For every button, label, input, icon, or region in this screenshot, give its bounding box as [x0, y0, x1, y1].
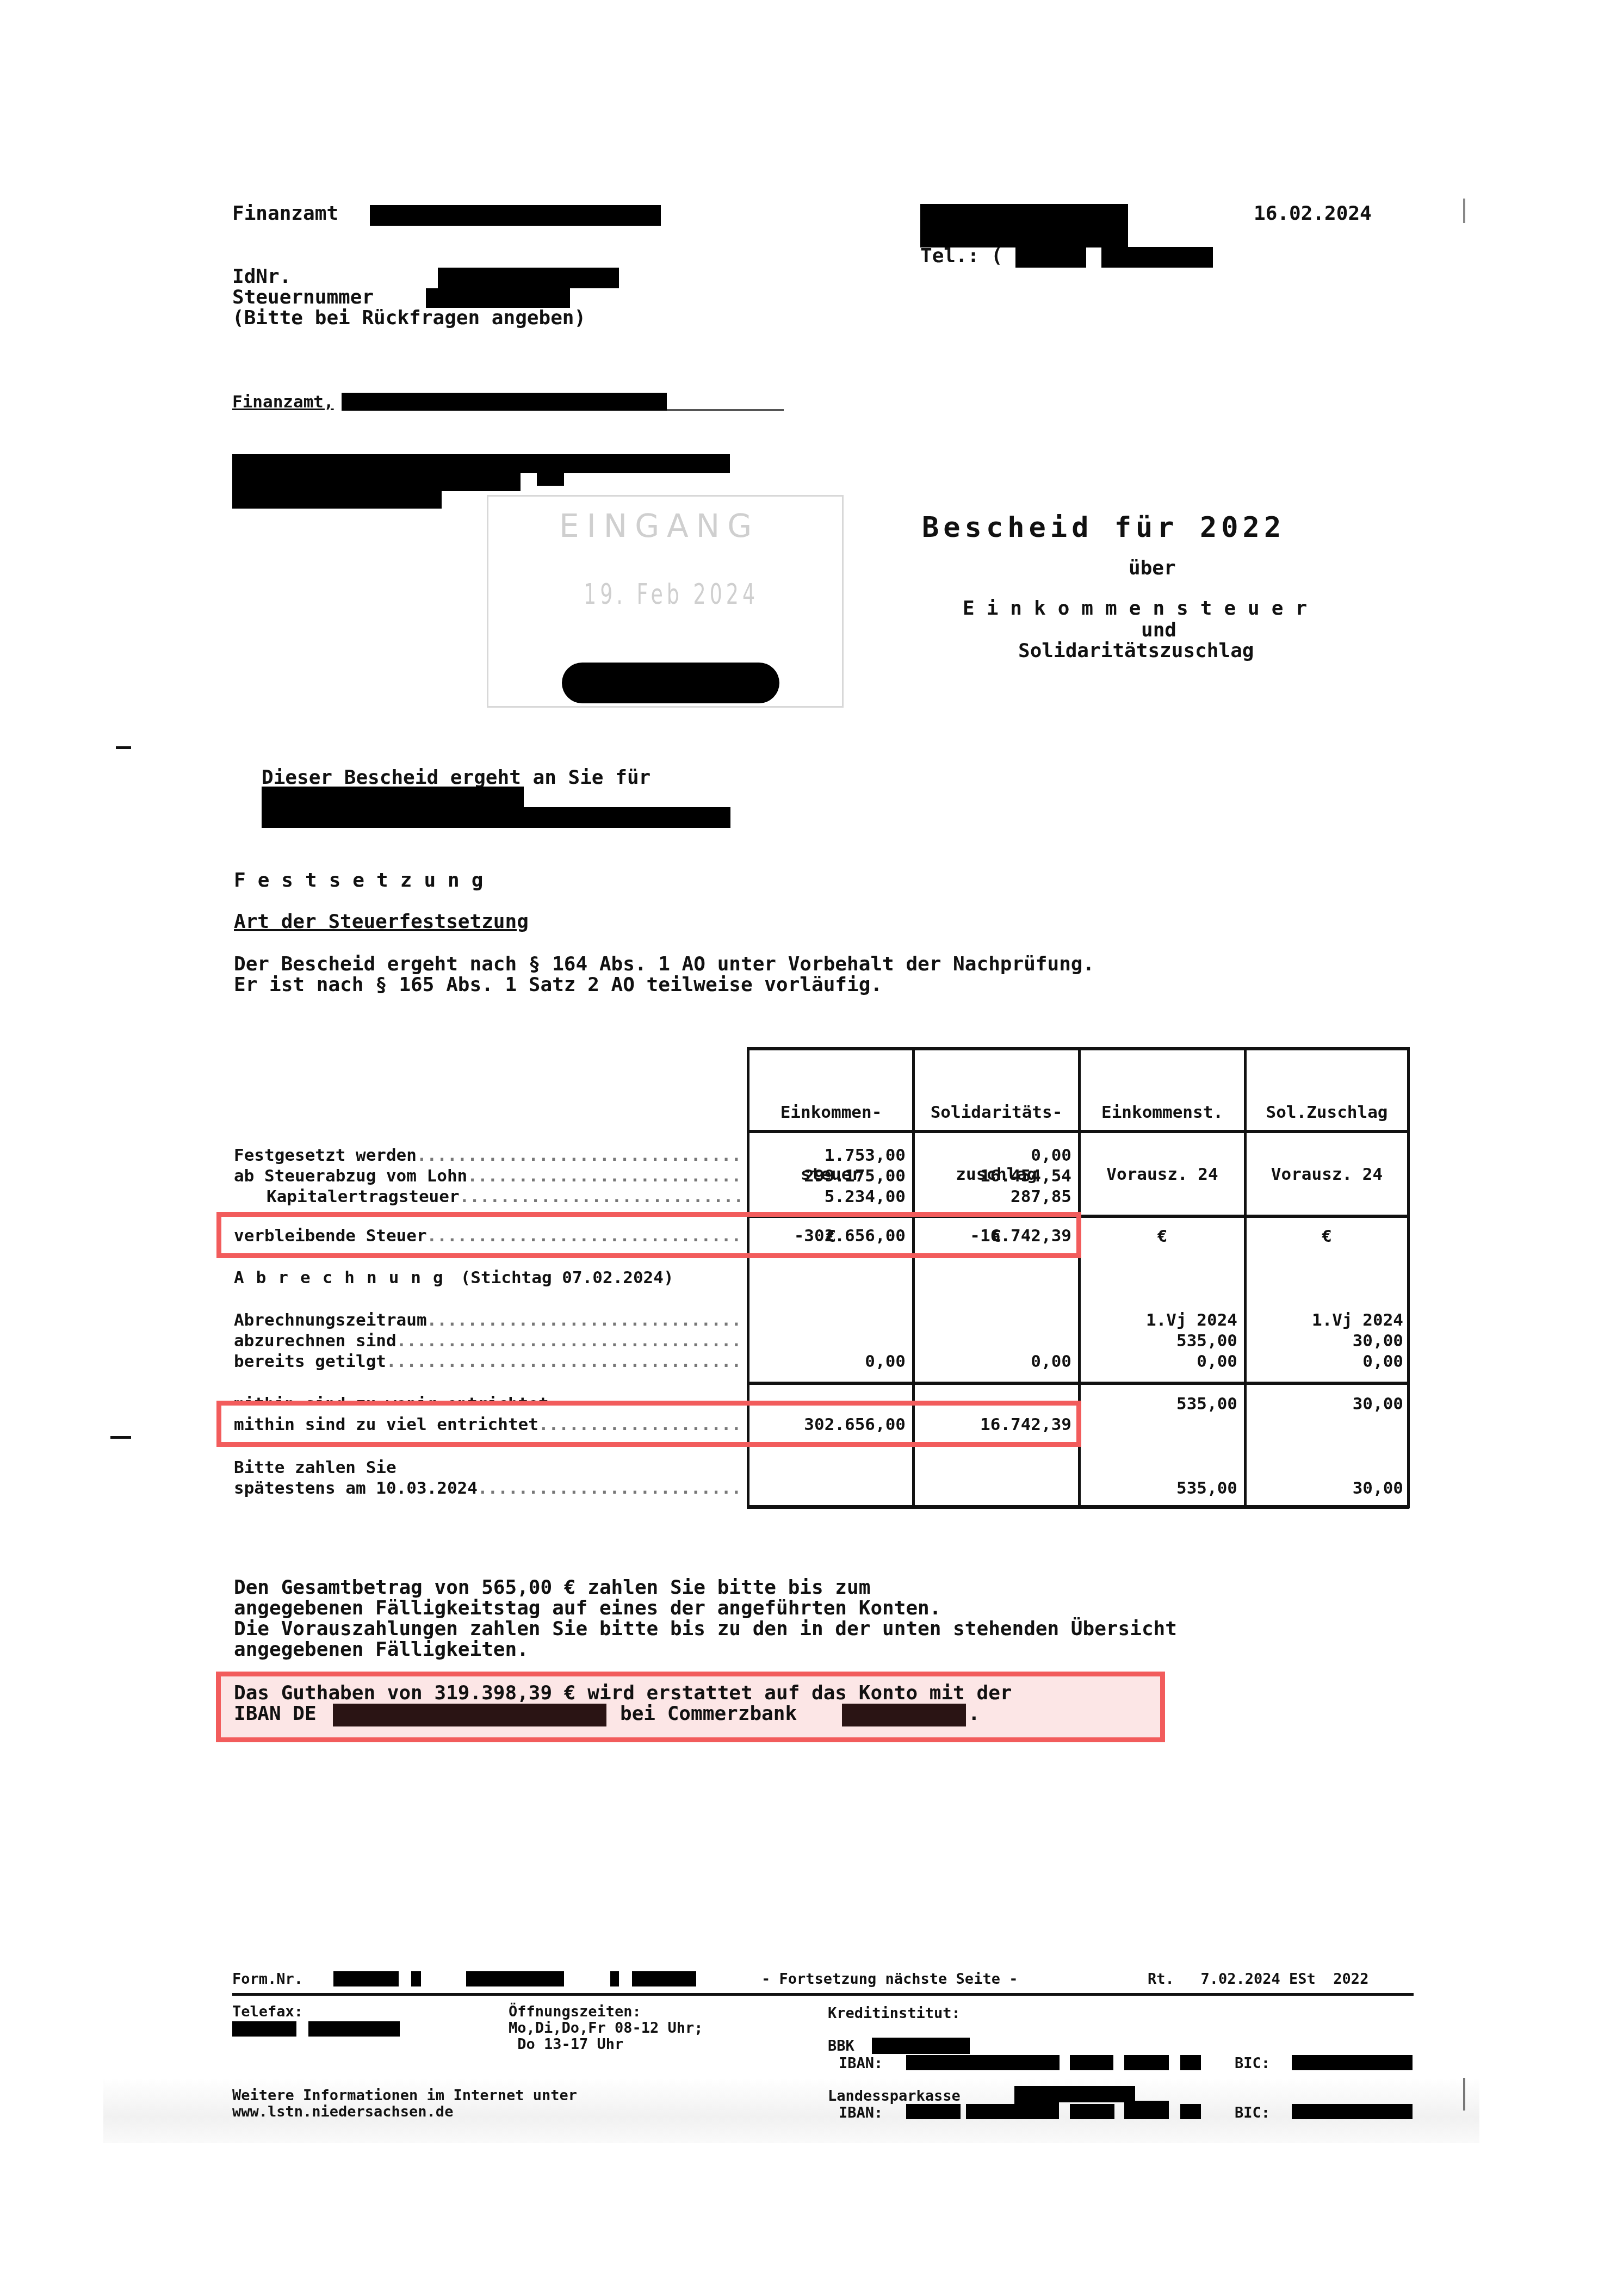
- leader-dots: ........................................…: [460, 1187, 740, 1206]
- redacted-tax-number: [426, 287, 570, 308]
- bank1-iban-label: IBAN:: [839, 2053, 883, 2074]
- redacted-bank1-code: [872, 2038, 970, 2054]
- redacted-bank1-bic: [1292, 2055, 1413, 2070]
- section-subheading: Art der Steuerfestsetzung: [234, 912, 529, 932]
- redacted-stamp-signature: [562, 663, 779, 703]
- leader-dots: ........................................…: [427, 1310, 740, 1330]
- table-cell: 535,00: [1074, 1478, 1237, 1499]
- margin-fold-mark-2: [110, 1436, 131, 1439]
- row-label-abzurechnen: abzurechnen sind........................…: [234, 1330, 740, 1351]
- table-cell: 0,00: [742, 1351, 906, 1372]
- leader-dots: ........................................…: [417, 1146, 740, 1165]
- redacted-form-number-4: [610, 1971, 619, 1986]
- title-tax-type: Einkommensteuer: [963, 598, 1319, 619]
- bank1-bic-label: BIC:: [1235, 2053, 1270, 2074]
- table-col-line-4: [1407, 1047, 1410, 1508]
- table-cell: 287,85: [908, 1186, 1071, 1207]
- highlight-overpaid: [216, 1401, 1081, 1447]
- margin-mark-bottom: [1463, 2078, 1465, 2111]
- assessment-text-line2: Er ist nach § 165 Abs. 1 Satz 2 AO teilw…: [234, 975, 882, 995]
- redacted-bank2-iban-5: [1124, 2101, 1169, 2119]
- col-header-line1: Solidaritäts-: [915, 1102, 1078, 1123]
- table-cell: 0,00: [908, 1351, 1071, 1372]
- row-label-text: ab Steuerabzug vom Lohn: [234, 1166, 467, 1186]
- footer-divider: [232, 1993, 1414, 1996]
- reference-code: Rt. 7.02.2024 ESt 2022: [1148, 1969, 1368, 1990]
- redacted-bank2-iban-2: [966, 2104, 1015, 2119]
- abrechnung-reference-date: (Stichtag 07.02.2024): [461, 1268, 674, 1288]
- row-label-zahlen: spätestens am 10.03.2024................…: [234, 1478, 740, 1499]
- redacted-form-number-2: [411, 1971, 421, 1986]
- redacted-addressee-line2: [232, 472, 521, 491]
- continuation-note: - Fortsetzung nächste Seite -: [761, 1969, 1018, 1990]
- redacted-addressee-line1: [232, 454, 730, 473]
- receipt-stamp: EINGANG 19. Feb 2024: [487, 495, 844, 708]
- assessment-text-line1: Der Bescheid ergeht nach § 164 Abs. 1 AO…: [234, 954, 1094, 975]
- table-cell: 1.Vj 2024: [1074, 1310, 1237, 1330]
- tax-number-hint: (Bitte bei Rückfragen angeben): [232, 308, 586, 329]
- redacted-bank2-iban-1: [906, 2104, 961, 2119]
- redacted-phone-area: [1015, 247, 1086, 268]
- leader-dots: ........................................…: [397, 1331, 740, 1351]
- document-title: Bescheid für 2022: [922, 511, 1285, 544]
- redacted-sender-address: [342, 393, 667, 411]
- row-label-lohn: ab Steuerabzug vom Lohn.................…: [234, 1166, 740, 1186]
- redacted-addressee-name-2: [497, 807, 730, 828]
- col-header-unit: €: [1081, 1226, 1244, 1247]
- margin-fold-mark: [116, 746, 131, 749]
- sender-underline: [667, 409, 784, 411]
- redacted-bank-location: [842, 1704, 966, 1726]
- leader-dots: ........................................…: [467, 1166, 740, 1186]
- table-cell: 30,00: [1240, 1394, 1403, 1414]
- table-cell: 16.454,54: [908, 1166, 1071, 1186]
- col-header-line2: Vorausz. 24: [1247, 1164, 1407, 1185]
- redacted-bank2-iban-3: [1014, 2101, 1059, 2119]
- redacted-bank1-iban-2: [1070, 2055, 1113, 2070]
- stamp-date: 19. Feb 2024: [584, 578, 759, 611]
- title-surcharge: Solidaritätszuschlag: [1018, 641, 1254, 661]
- col-header-line1: Sol.Zuschlag: [1247, 1102, 1407, 1123]
- payment-text-line2: angegebenen Fälligkeitstag auf eines der…: [234, 1598, 941, 1619]
- redacted-addressee-fragment: [537, 472, 564, 486]
- table-cell: 1.753,00: [742, 1145, 906, 1166]
- row-label-zeitraum: Abrechnungszeitraum.....................…: [234, 1310, 740, 1330]
- payment-request-label: Bitte zahlen Sie: [234, 1457, 397, 1478]
- payment-text-line3: Die Vorauszahlungen zahlen Sie bitte bis…: [234, 1619, 1177, 1639]
- redacted-fax-1: [232, 2021, 296, 2037]
- table-cell: 1.Vj 2024: [1240, 1310, 1403, 1330]
- leader-dots: ........................................…: [478, 1478, 740, 1498]
- tax-number-label: Steuernummer: [232, 287, 374, 308]
- col-header-line1: Einkommen-: [749, 1102, 913, 1123]
- highlight-remaining-tax: [216, 1212, 1081, 1258]
- col-header-line1: Einkommenst.: [1081, 1102, 1244, 1123]
- row-label-text: Festgesetzt werden: [234, 1146, 417, 1165]
- bank2-iban-label: IBAN:: [839, 2103, 883, 2124]
- office-label: Finanzamt: [232, 203, 338, 224]
- form-number-label: Form.Nr.: [232, 1969, 303, 1990]
- col-header-unit: €: [1247, 1226, 1407, 1247]
- table-cell: 299.175,00: [742, 1166, 906, 1186]
- stamp-label: EINGANG: [559, 508, 759, 544]
- payment-text-line4: angegebenen Fälligkeiten.: [234, 1639, 529, 1660]
- payment-text-line1: Den Gesamtbetrag von 565,00 € zahlen Sie…: [234, 1577, 870, 1598]
- leader-dots: ........................................…: [386, 1352, 740, 1371]
- title-over: über: [1129, 558, 1176, 579]
- refund-text-line1: Das Guthaben von 319.398,39 € wird ersta…: [234, 1683, 1012, 1704]
- title-and: und: [1141, 620, 1176, 641]
- redacted-form-number-1: [333, 1971, 399, 1986]
- redacted-bank2-code: [1014, 2086, 1135, 2102]
- abrechnung-heading: Abrechnung(Stichtag 07.02.2024): [234, 1267, 674, 1288]
- row-label-kapital: Kapitalertragsteuer.....................…: [267, 1186, 740, 1207]
- redacted-phone-number: [1101, 247, 1213, 268]
- row-label-text: bereits getilgt: [234, 1352, 386, 1371]
- table-cell: 0,00: [908, 1145, 1071, 1166]
- section-heading: Festsetzung: [234, 870, 495, 891]
- redacted-form-number-5: [632, 1971, 696, 1986]
- redacted-refund-iban: [333, 1704, 606, 1726]
- row-label-text: spätestens am 10.03.2024: [234, 1478, 478, 1498]
- refund-bank: bei Commerzbank: [620, 1704, 797, 1724]
- redacted-addressee-line3: [232, 490, 442, 509]
- redacted-bank2-iban-6: [1180, 2104, 1201, 2119]
- table-cell: 0,00: [1240, 1351, 1403, 1372]
- row-label-festgesetzt: Festgesetzt werden......................…: [234, 1145, 740, 1166]
- info-line2[interactable]: www.lstn.niedersachsen.de: [232, 2102, 453, 2122]
- table-cell: 30,00: [1240, 1478, 1403, 1499]
- bank2-bic-label: BIC:: [1235, 2103, 1270, 2124]
- refund-end: .: [968, 1704, 980, 1724]
- redaction-gap: [426, 267, 438, 288]
- redacted-bank1-iban-3: [1124, 2055, 1169, 2070]
- redacted-form-number-3: [466, 1971, 564, 1986]
- redacted-bank2-iban-4: [1070, 2104, 1114, 2119]
- col-header-income-prepay: Einkommenst. Vorausz. 24 €: [1081, 1061, 1244, 1267]
- redacted-id-number: [426, 268, 619, 288]
- table-cell: 535,00: [1074, 1330, 1237, 1351]
- sender-line-label: Finanzamt,: [232, 392, 334, 412]
- redacted-bank1-iban-1: [906, 2055, 1060, 2070]
- refund-iban-prefix: IBAN DE: [234, 1704, 317, 1724]
- redacted-office-name: [370, 205, 661, 226]
- row-label-text: Abrechnungszeitraum: [234, 1310, 427, 1330]
- table-cell: 30,00: [1240, 1330, 1403, 1351]
- redacted-office-address: [920, 204, 1128, 247]
- row-label-getilgt: bereits getilgt.........................…: [234, 1351, 740, 1372]
- row-label-text: abzurechnen sind: [234, 1331, 397, 1351]
- credit-institute-label: Kreditinstitut:: [828, 2003, 961, 2024]
- redacted-fax-2: [308, 2021, 400, 2037]
- id-label: IdNr.: [232, 267, 291, 287]
- margin-mark: [1463, 199, 1465, 223]
- row-label-text: Kapitalertragsteuer: [267, 1187, 460, 1206]
- fax-label: Telefax:: [232, 2002, 303, 2022]
- col-header-line2: Vorausz. 24: [1081, 1164, 1244, 1185]
- table-cell: 535,00: [1074, 1394, 1237, 1414]
- opening-hours-line2: Do 13-17 Uhr: [509, 2034, 623, 2055]
- col-header-sol-prepay: Sol.Zuschlag Vorausz. 24 €: [1247, 1061, 1407, 1267]
- abrechnung-title: Abrechnung: [234, 1268, 455, 1288]
- document-date: 16.02.2024: [1254, 203, 1372, 224]
- table-cell: 5.234,00: [742, 1186, 906, 1207]
- table-cell: 0,00: [1074, 1351, 1237, 1372]
- addressee-intro: Dieser Bescheid ergeht an Sie für: [262, 768, 651, 788]
- redacted-addressee-name: [262, 787, 524, 828]
- redacted-bank1-iban-4: [1180, 2055, 1201, 2070]
- redacted-bank2-bic: [1292, 2104, 1413, 2119]
- phone-label: Tel.: (: [920, 246, 1003, 267]
